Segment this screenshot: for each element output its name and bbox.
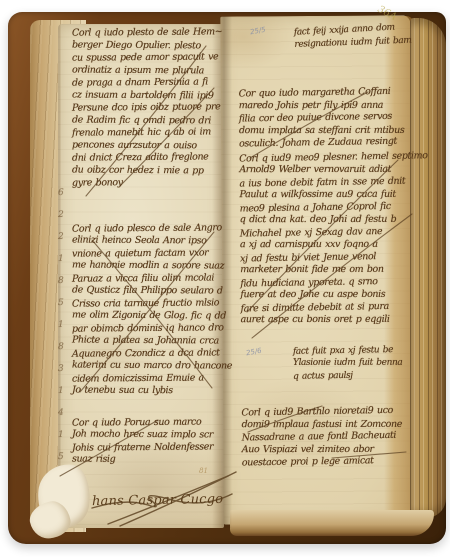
dated-note: fact fuit pxa xj festu beYlasionie iudm … <box>293 344 413 383</box>
manuscript-paragraph: Corl q iudo plesto de sale Hem~berger Di… <box>72 27 222 190</box>
manuscript-line: me olim Zigonia de Glog. fic q dd <box>72 309 222 323</box>
manuscript-line: de praga a dnam Persinia a fi <box>72 76 222 90</box>
manuscript-line: pencones aurzsutor a ouiso <box>72 139 222 153</box>
manuscript-line: a xj ad carnispuiu xxv foqno a <box>240 239 412 252</box>
manuscript-line: par obimcb dominis iq hanco dro <box>72 322 222 336</box>
manuscript-line: filia cor deo puiue divcone servos <box>239 111 411 126</box>
manuscript-line: Paruaz a vicca filiu olim mcolai <box>72 272 222 286</box>
manuscript-line: auret aspe cu bonis oret p eqgili <box>241 314 413 327</box>
manuscript-paragraph: Cor q iudo Porua suo marcoJoh mocho hrec… <box>72 417 222 467</box>
manuscript-line: Cor quo iudo margaretha Coffani <box>239 86 411 101</box>
manuscript-paragraph: Cor quo iudo margaretha Coffanimaredo Jo… <box>239 86 412 150</box>
manuscript-line: fuere at deo Johe cu aspe bonis <box>240 289 412 302</box>
manuscript-line: Nassadrane a aue fontl Bacheuati <box>242 429 414 444</box>
manuscript-line: Corl q iudo plesto de sale Hem~ <box>72 26 222 40</box>
margin-numeral: 8 <box>58 336 72 358</box>
margin-numeral: 6 <box>58 182 72 204</box>
manuscript-photo: 6221851831415 Corl q iudo plesto de sale… <box>0 0 450 557</box>
margin-numerals-column: 6221851831415 <box>58 182 72 468</box>
dated-header: fact feij xxija anno domresignationu iud… <box>294 21 411 52</box>
manuscript-line: me hanonie modlin a sorore suaz <box>72 259 222 273</box>
manuscript-line: Jo tenebu sua cu lybis <box>72 384 222 398</box>
manuscript-line: frenalo manebit hic q ab oi im <box>72 126 222 140</box>
manuscript-line: suaz risig <box>72 453 222 467</box>
manuscript-paragraph: Corl q iud9 meo9 plesner. hemel septimoA… <box>239 151 413 327</box>
manuscript-line: q actus paulsj <box>293 368 413 383</box>
scribe-signature: hans Caspar Cucgo <box>92 491 222 508</box>
manuscript-line: marketer bonit fide me om bon <box>240 264 412 277</box>
manuscript-line: q dict dna kat. deo Johi ad festu b <box>240 214 412 227</box>
manuscript-line: fact fuit pxa xj festu be <box>293 343 413 358</box>
manuscript-line: Ylasionie iudm fuit benna <box>293 357 413 370</box>
manuscript-line: Johis cui fraterne Noldenfesser <box>72 441 222 455</box>
fore-edge-page-block <box>410 18 446 518</box>
bottom-page-curl-edges <box>230 510 434 536</box>
manuscript-line: Cor q iudo Porua suo marco <box>72 416 222 430</box>
manuscript-line: de Qusticz fila Philippo seularo d <box>72 284 222 298</box>
margin-numeral: 1 <box>58 380 72 402</box>
manuscript-line: resignationu iudm fuit bam <box>294 35 410 52</box>
manuscript-line: katerini cu suo marco dro hancone <box>72 359 222 373</box>
manuscript-line: vnione a quietum factam vxor <box>72 247 222 261</box>
manuscript-line: Paulut a wilkfossime au9 cuca fuit <box>240 189 412 202</box>
manuscript-line: ouestacoe proi p lege amicat <box>242 454 414 469</box>
manuscript-line: Phicte a platea sa Johannia crca <box>72 334 222 348</box>
margin-numeral: 8 <box>58 270 72 292</box>
manuscript-line: cidem domiczissima Emuie a <box>72 372 222 386</box>
right-page-text: fact feij xxija anno domresignationu iud… <box>238 23 414 469</box>
manuscript-line: Aquanegro Czondicz a dca dnict <box>72 347 222 361</box>
manuscript-line: de Radim fic q omdi pedro dri <box>72 114 222 128</box>
manuscript-line: ordinatiz a ipsum me plurula <box>72 64 222 78</box>
margin-numeral: 1 <box>58 314 72 336</box>
manuscript-line: Arnold9 Welber vernovaruit adiat <box>239 164 411 177</box>
manuscript-line: Persune dco ipis oibz ptuore pre <box>72 101 222 115</box>
faint-page-mark: 81 <box>199 467 208 475</box>
manuscript-line: Corl q iudo plesco de sale Angro <box>72 222 222 236</box>
manuscript-paragraph: Corl q iud9 Barthlo nioretai9 ucodomi9 i… <box>241 405 414 469</box>
manuscript-line: Corl q iud9 Barthlo nioretai9 uco <box>241 404 413 419</box>
manuscript-paragraph: Corl q iudo plesco de sale Angroelinizi … <box>72 223 222 398</box>
manuscript-line: berger Diego Opulier. plesto <box>72 39 222 53</box>
manuscript-line: elinizi heinco Seola Anor ipso <box>72 234 222 248</box>
margin-numeral: 1 <box>58 424 72 446</box>
left-page-text: Corl q iudo plesto de sale Hem~berger Di… <box>72 27 222 508</box>
manuscript-line: cz insuam a bartoldem filii ipi9 <box>72 89 222 103</box>
manuscript-line: osculich. Joham de Zudaua resingt <box>239 136 411 151</box>
margin-numeral: 5 <box>58 446 72 468</box>
margin-numeral: 2 <box>58 226 72 248</box>
manuscript-line: Joh mocho hrec suaz implo scr <box>72 428 222 442</box>
margin-numeral: 2 <box>58 204 72 226</box>
manuscript-line: cu spussa pede amor spacuit ve <box>72 51 222 65</box>
margin-numeral: 3 <box>58 358 72 380</box>
manuscript-line: gyre bonoy <box>72 176 222 190</box>
margin-numeral: 4 <box>58 402 72 424</box>
margin-numeral: 5 <box>58 292 72 314</box>
manuscript-line: du oibz cor hedez i mie a pp <box>72 164 222 178</box>
manuscript-line: dni dnict Creza adito freglone <box>72 151 222 165</box>
margin-numeral: 1 <box>58 248 72 270</box>
manuscript-line: Crisso cria tarnaue fructio mlsio <box>72 297 222 311</box>
